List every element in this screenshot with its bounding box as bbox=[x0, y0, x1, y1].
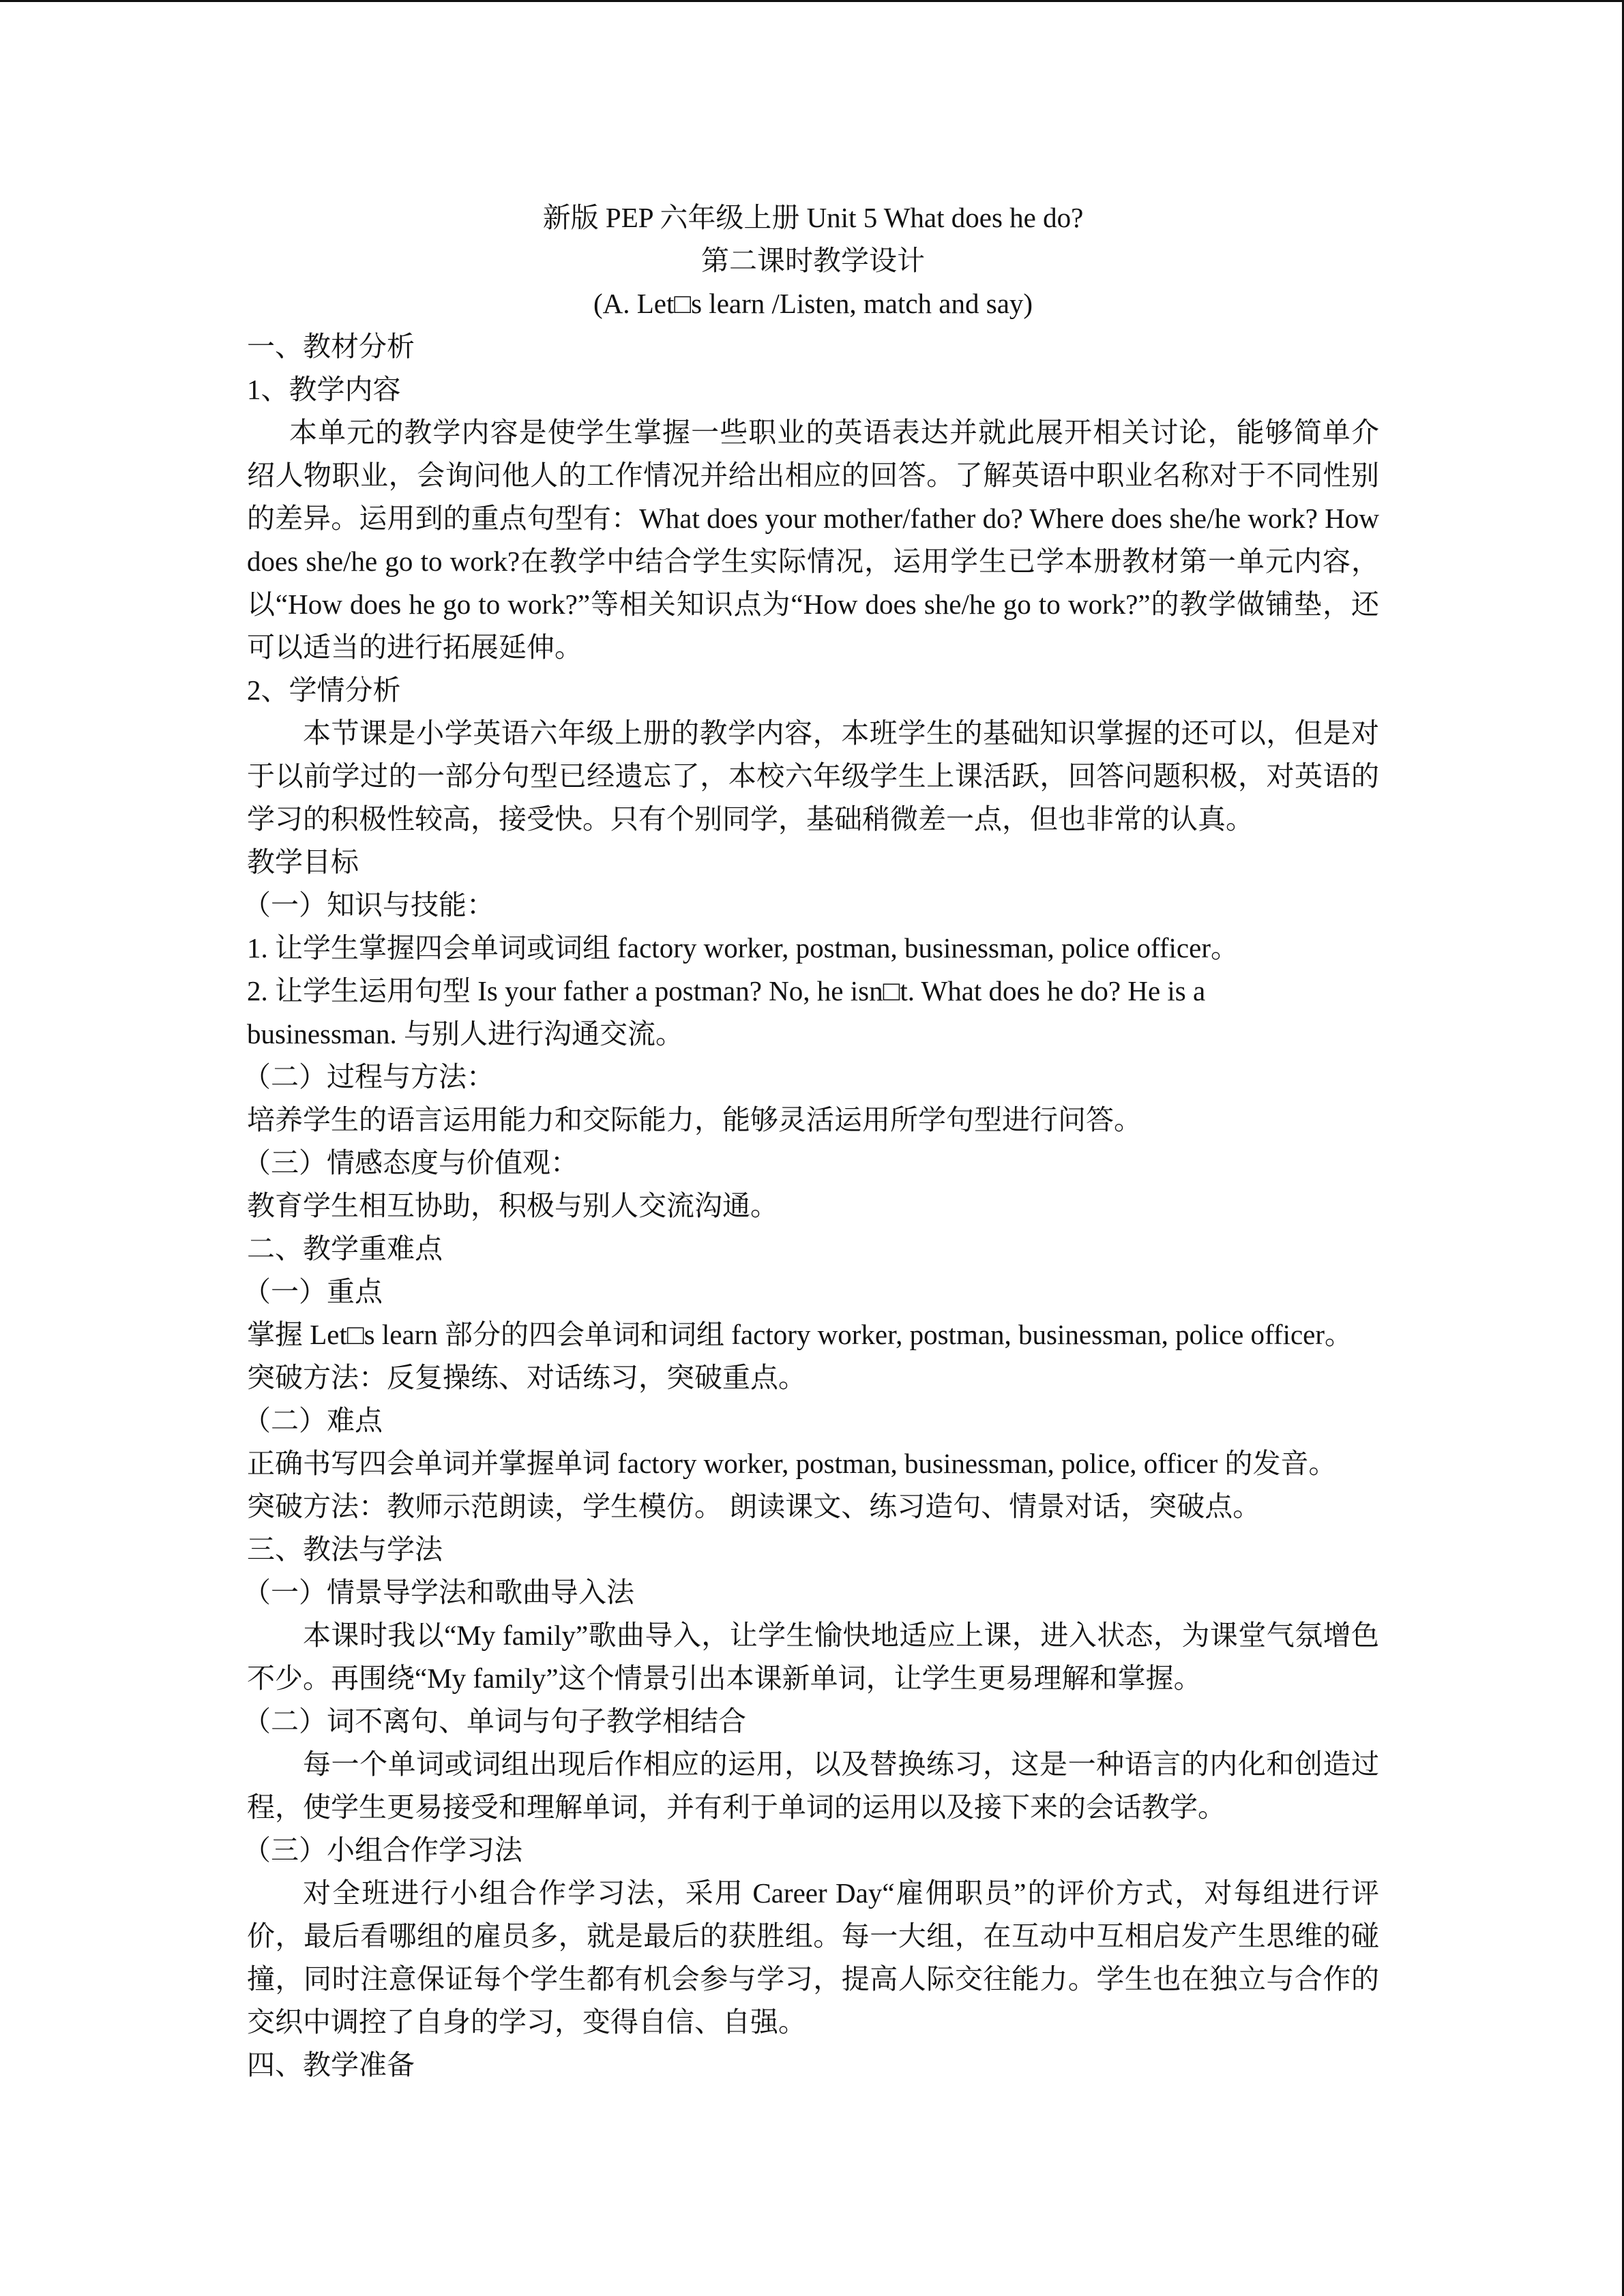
subheading-method-2: （二）词不离句、单词与句子教学相结合 bbox=[243, 1700, 1379, 1743]
subheading-knowledge-skills: （一）知识与技能： bbox=[243, 884, 1379, 927]
subheading-key-points: （一）重点 bbox=[243, 1270, 1379, 1313]
subheading-difficult-points: （二）难点 bbox=[243, 1399, 1379, 1442]
text-process-methods: 培养学生的语言运用能力和交际能力，能够灵活运用所学句型进行问答。 bbox=[247, 1099, 1379, 1142]
section-heading-objectives: 教学目标 bbox=[247, 841, 1379, 884]
subheading-method-1: （一）情景导学法和歌曲导入法 bbox=[243, 1571, 1379, 1614]
document-subtitle: 第二课时教学设计 bbox=[247, 239, 1379, 282]
subheading-teaching-content: 1、教学内容 bbox=[247, 368, 1379, 411]
page-border-top bbox=[0, 0, 1624, 2]
section-heading-teaching-learning-methods: 三、教法与学法 bbox=[247, 1528, 1379, 1571]
paragraph-student-analysis: 本节课是小学英语六年级上册的教学内容，本班学生的基础知识掌握的还可以，但是对于以… bbox=[247, 712, 1379, 841]
objective-item-2-line1: 2. 让学生运用句型 Is your father a postman? No,… bbox=[247, 970, 1379, 1013]
document-lesson-scope: (A. Let□s learn /Listen, match and say) bbox=[247, 282, 1379, 325]
subheading-process-methods: （二）过程与方法： bbox=[243, 1056, 1379, 1099]
objective-item-2-line2: businessman. 与别人进行沟通交流。 bbox=[247, 1013, 1379, 1056]
paragraph-method-1: 本课时我以“My family”歌曲导入，让学生愉快地适应上课，进入状态，为课堂… bbox=[247, 1614, 1379, 1700]
document-title: 新版 PEP 六年级上册 Unit 5 What does he do? bbox=[247, 196, 1379, 239]
document-body: 新版 PEP 六年级上册 Unit 5 What does he do? 第二课… bbox=[247, 196, 1379, 2087]
text-key-points-method: 突破方法：反复操练、对话练习，突破重点。 bbox=[247, 1356, 1379, 1399]
section-heading-teaching-preparation: 四、教学准备 bbox=[247, 2044, 1379, 2087]
paragraph-method-3: 对全班进行小组合作学习法，采用 Career Day“雇佣职员”的评价方式，对每… bbox=[247, 1872, 1379, 2044]
objective-item-1: 1. 让学生掌握四会单词或词组 factory worker, postman,… bbox=[247, 927, 1379, 970]
subheading-method-3: （三）小组合作学习法 bbox=[243, 1829, 1379, 1872]
text-key-points: 掌握 Let□s learn 部分的四会单词和词组 factory worker… bbox=[247, 1313, 1379, 1356]
title-block: 新版 PEP 六年级上册 Unit 5 What does he do? 第二课… bbox=[247, 196, 1379, 325]
text-difficult-points-method: 突破方法：教师示范朗读，学生模仿。 朗读课文、练习造句、情景对话，突破点。 bbox=[247, 1485, 1379, 1528]
text-emotion-values: 教育学生相互协助，积极与别人交流沟通。 bbox=[247, 1184, 1379, 1227]
text-difficult-points: 正确书写四会单词并掌握单词 factory worker, postman, b… bbox=[247, 1442, 1379, 1485]
paragraph-method-2: 每一个单词或词组出现后作相应的运用，以及替换练习，这是一种语言的内化和创造过程，… bbox=[247, 1743, 1379, 1829]
section-heading-materials-analysis: 一、教材分析 bbox=[247, 325, 1379, 368]
section-heading-key-difficult-points: 二、教学重难点 bbox=[247, 1227, 1379, 1270]
subheading-emotion-values: （三）情感态度与价值观： bbox=[243, 1142, 1379, 1184]
paragraph-teaching-content: 本单元的教学内容是使学生掌握一些职业的英语表达并就此展开相关讨论，能够简单介绍人… bbox=[247, 411, 1379, 669]
subheading-student-analysis: 2、学情分析 bbox=[247, 669, 1379, 712]
